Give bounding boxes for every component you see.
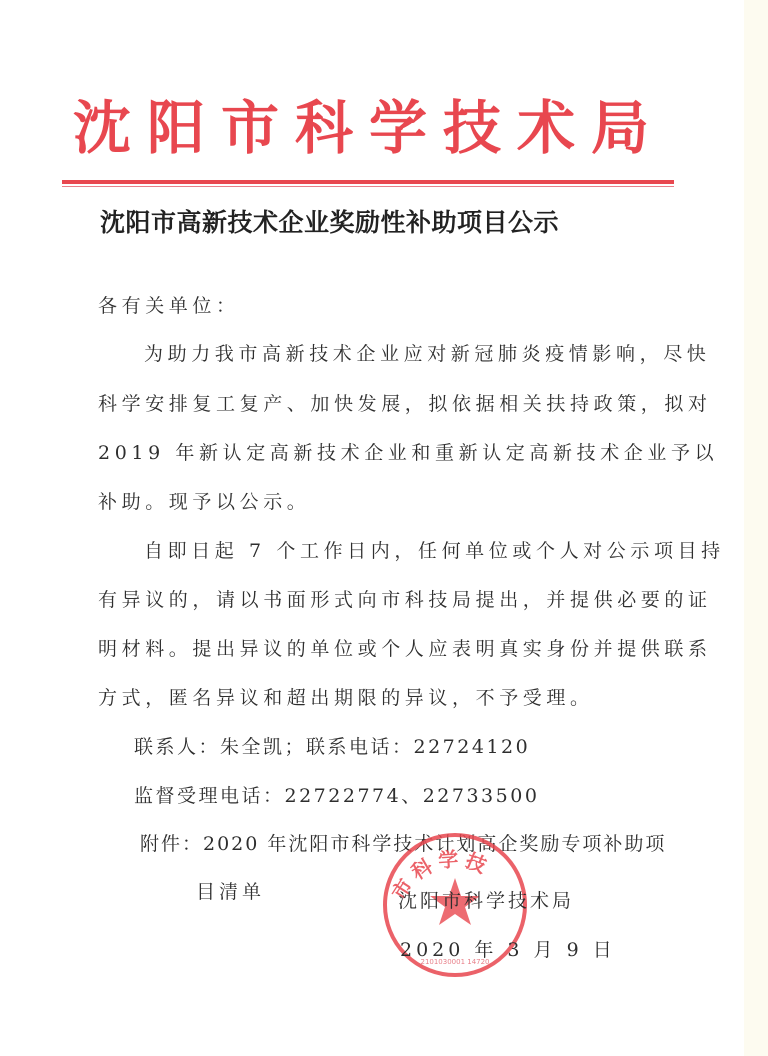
- paragraph2-line1: 自即日起 7 个工作日内，任何单位或个人对公示项目持: [144, 537, 725, 565]
- attachment-line2: 目清单: [196, 878, 265, 906]
- paragraph1-line4: 补助。现予以公示。: [98, 488, 310, 516]
- masthead-rule-thin: [62, 186, 674, 187]
- paragraph2-line4: 方式，匿名异议和超出期限的异议，不予受理。: [98, 684, 594, 712]
- contact-info: 联系人：朱全凯；联系电话：22724120: [134, 733, 530, 761]
- salutation: 各有关单位：: [98, 292, 240, 320]
- paragraph1-line3: 2019 年新认定高新技术企业和重新认定高新技术企业予以: [98, 439, 718, 467]
- page-edge: [744, 0, 768, 1056]
- paragraph2-line2: 有异议的，请以书面形式向市科技局提出，并提供必要的证: [98, 586, 712, 614]
- paragraph2-line3: 明材料。提出异议的单位或个人应表明真实身份并提供联系: [98, 635, 712, 663]
- masthead-org-name: 沈阳市科学技术局: [64, 92, 674, 164]
- masthead-rule-thick: [62, 180, 674, 184]
- document-title: 沈阳市高新技术企业奖励性补助项目公示: [100, 203, 680, 243]
- paragraph1-line2: 科学安排复工复产、加快发展，拟依据相关扶持政策，拟对: [98, 390, 712, 418]
- paragraph1-line1: 为助力我市高新技术企业应对新冠肺炎疫情影响，尽快: [144, 340, 710, 368]
- signature-org: 沈阳市科学技术局: [398, 887, 574, 915]
- supervision-phone: 监督受理电话：22722774、22733500: [134, 782, 539, 810]
- signature-date: 2020 年 3 月 9 日: [400, 936, 616, 964]
